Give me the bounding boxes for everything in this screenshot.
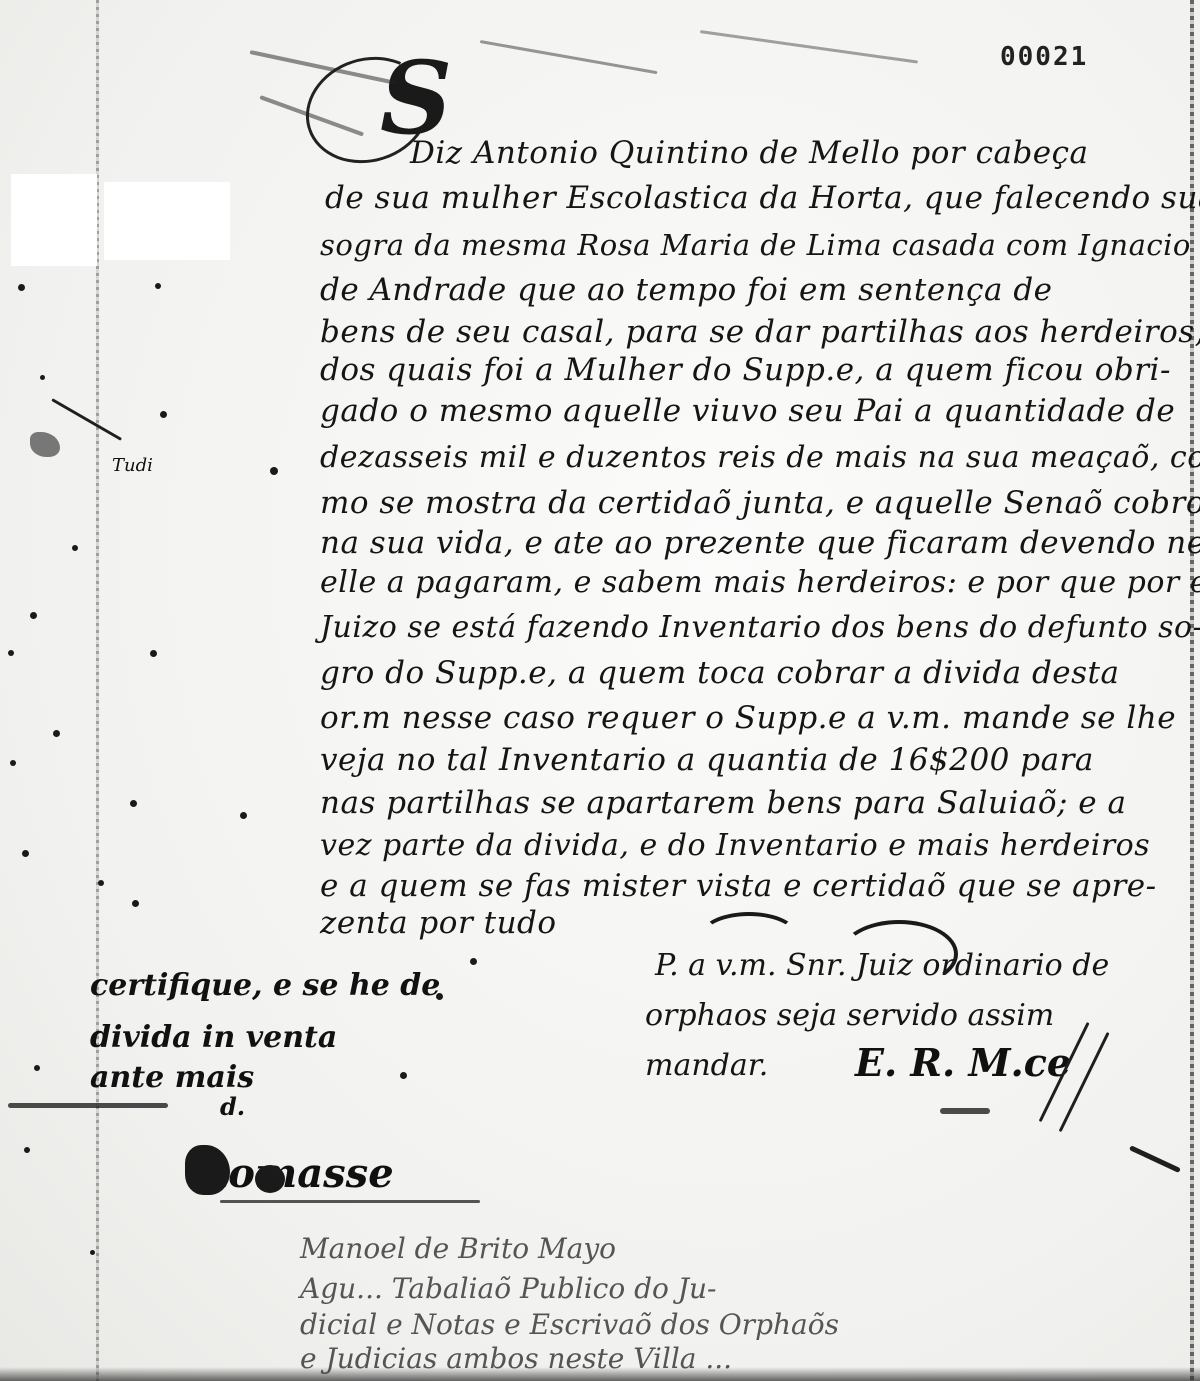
margin-note-line: ante mais (90, 1060, 254, 1095)
ink-dot (34, 1065, 40, 1071)
ink-smear (940, 1108, 990, 1114)
margin-dash (51, 398, 122, 441)
ink-dot (155, 283, 161, 289)
closing-flourish-icon (840, 920, 958, 988)
ink-dot (436, 993, 443, 1000)
ink-dot (470, 958, 477, 965)
closing-abbreviation: E. R. M.ce (855, 1040, 1071, 1085)
body-line: zenta por tudo (320, 905, 557, 941)
margin-strike-line (8, 1103, 168, 1108)
body-line: nas partilhas se apartarem bens para Sal… (320, 785, 1126, 821)
ink-dot (18, 284, 25, 291)
ink-dot (8, 650, 14, 656)
page-number: 00021 (1000, 42, 1088, 72)
ink-dot (130, 800, 137, 807)
redaction-box-left (11, 174, 97, 266)
redaction-box-right (104, 182, 230, 260)
body-line: mo se mostra da certidaõ junta, e aquell… (320, 485, 1200, 521)
body-line: bens de seu casal, para se dar partilhas… (320, 314, 1200, 350)
ink-dot (22, 850, 29, 857)
ink-dot (160, 411, 167, 418)
ink-dot (400, 1072, 407, 1079)
decorated-initial: S (380, 48, 452, 148)
ink-dot (30, 612, 37, 619)
margin-note-line: divida in venta (90, 1020, 337, 1055)
ink-smear (1129, 1145, 1181, 1173)
body-line: dezasseis mil e duzentos reis de mais na… (320, 440, 1200, 475)
body-line: Juizo se está fazendo Inventario dos ben… (320, 610, 1200, 645)
ink-dot (240, 812, 247, 819)
margin-fragment: Tudi (112, 455, 153, 476)
body-line: vez parte da divida, e do Inventario e m… (320, 828, 1150, 863)
body-line: e a quem se fas mister vista e certidaõ … (320, 868, 1157, 904)
ink-dot (24, 1147, 30, 1153)
body-line: de Andrade que ao tempo foi em sentença … (320, 272, 1053, 308)
ink-dot (90, 1250, 95, 1255)
signature-underline (220, 1200, 480, 1203)
margin-note-line: certifique, e se he de (90, 968, 440, 1003)
manuscript-page: 00021 S Diz Antonio Quintino de Mello po… (0, 0, 1200, 1381)
body-line: de sua mulher Escolastica da Horta, que … (325, 180, 1200, 216)
ink-smear (700, 30, 918, 64)
body-line: dos quais foi a Mulher do Supp.e, a quem… (320, 352, 1171, 388)
body-line: or.m nesse caso requer o Supp.e a v.m. m… (320, 700, 1176, 736)
ink-dot (10, 760, 16, 766)
footer-note-line: e Judicias ambos neste Villa ... (300, 1342, 732, 1375)
closing-flourish-icon (700, 912, 798, 960)
margin-note-line: d. (220, 1092, 245, 1121)
ink-dot (40, 375, 45, 380)
ink-smudge (30, 432, 60, 457)
ink-dot (72, 545, 78, 551)
ink-dot (53, 730, 60, 737)
ink-dot (98, 880, 104, 886)
closing-line: mandar. (645, 1048, 768, 1083)
ink-blot (255, 1165, 285, 1193)
body-line: gado o mesmo aquelle viuvo seu Pai a qua… (320, 393, 1175, 429)
closing-line: orphaos seja servido assim (645, 998, 1054, 1033)
body-line: na sua vida, e ate ao prezente que ficar… (320, 525, 1200, 561)
body-line: Diz Antonio Quintino de Mello por cabeça (410, 135, 1088, 171)
ink-dot (270, 467, 278, 475)
body-line: veja no tal Inventario a quantia de 16$2… (320, 742, 1094, 778)
body-line: sogra da mesma Rosa Maria de Lima casada… (320, 228, 1200, 262)
footer-note-line: Agu... Tabaliaõ Publico do Ju- (300, 1272, 717, 1305)
body-line: gro do Supp.e, a quem toca cobrar a divi… (320, 655, 1119, 691)
body-line: elle a pagaram, e sabem mais herdeiros: … (320, 565, 1200, 600)
footer-note-line: dicial e Notas e Escrivaõ dos Orphaõs (300, 1308, 839, 1341)
ink-dot (150, 650, 157, 657)
ink-smear (480, 40, 658, 74)
footer-note-line: Manoel de Brito Mayo (300, 1232, 616, 1265)
ink-dot (132, 900, 139, 907)
ink-blot (185, 1145, 230, 1195)
